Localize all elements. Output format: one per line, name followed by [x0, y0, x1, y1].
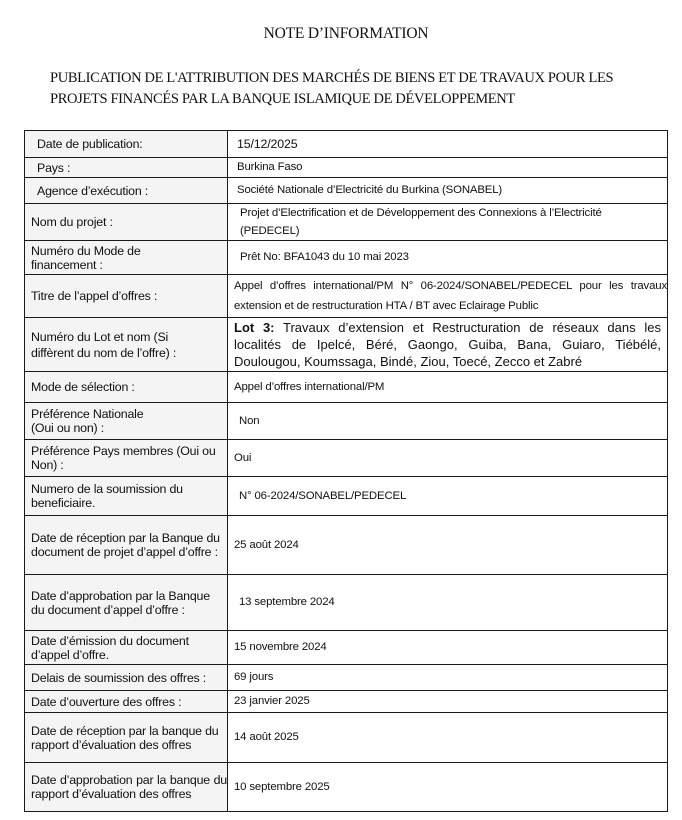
row-label: Delais de soumission des offres :	[25, 665, 228, 691]
row-label: Mode de sélection :	[25, 372, 228, 403]
table-row-date-ouverture: Date d’ouverture des offres : 23 janvier…	[25, 691, 668, 713]
row-value: 15 novembre 2024	[228, 631, 668, 665]
row-label: Préférence Nationale (Oui ou non) :	[25, 403, 228, 440]
row-value: 13 septembre 2024	[228, 575, 668, 631]
row-value: Oui	[228, 440, 668, 477]
table-row-agence: Agence d’exécution : Société Nationale d…	[25, 178, 668, 204]
row-value: Projet d’Electrification et de Développe…	[228, 204, 668, 241]
table-row-nom-projet: Nom du projet : Projet d’Electrification…	[25, 204, 668, 241]
row-value: 25 août 2024	[228, 516, 668, 575]
row-value: 15/12/2025	[228, 131, 668, 158]
row-label: Préférence Pays membres (Oui ou Non) :	[25, 440, 228, 477]
row-label: Date d’approbation par la Banque du docu…	[25, 575, 228, 631]
table-row-titre-appel: Titre de l’appel d’offres : Appel d’offr…	[25, 275, 668, 318]
row-label: Nom du projet :	[25, 204, 228, 241]
table-row-date-emission: Date d’émission du document d’appel d’of…	[25, 631, 668, 665]
row-label: Date d’ouverture des offres :	[25, 691, 228, 713]
table-row-date-approbation-rapport: Date d’approbation par la banque du rapp…	[25, 763, 668, 812]
row-value: Non	[228, 403, 668, 440]
row-label: Date d’approbation par la banque du rapp…	[25, 763, 228, 812]
row-value: Prêt No: BFA1043 du 10 mai 2023	[228, 241, 668, 275]
row-label: Numéro du Mode de financement :	[25, 241, 228, 275]
row-value: 14 août 2025	[228, 713, 668, 763]
table-row-date-reception-document: Date de réception par la Banque du docum…	[25, 516, 668, 575]
table-row-mode-financement: Numéro du Mode de financement : Prêt No:…	[25, 241, 668, 275]
table-row-date-reception-rapport: Date de réception par la banque du rappo…	[25, 713, 668, 763]
document-subtitle: PUBLICATION DE L'ATTRIBUTION DES MARCHÉS…	[50, 68, 670, 110]
table-row-mode-selection: Mode de sélection : Appel d’offres inter…	[25, 372, 668, 403]
table-row-date-approbation-document: Date d’approbation par la Banque du docu…	[25, 575, 668, 631]
row-value: 10 septembre 2025	[228, 763, 668, 812]
information-table: Date de publication: 15/12/2025 Pays : B…	[24, 130, 668, 812]
row-value: Lot 3: Travaux d’extension et Restructur…	[228, 318, 668, 372]
row-label: Date de réception par la Banque du docum…	[25, 516, 228, 575]
table-row-pays: Pays : Burkina Faso	[25, 158, 668, 178]
row-label: Titre de l’appel d’offres :	[25, 275, 228, 318]
row-value: Société Nationale d’Electricité du Burki…	[228, 178, 668, 204]
row-label: Date de publication:	[25, 131, 228, 158]
row-label: Numéro du Lot et nom (Si diffèrent du no…	[25, 318, 228, 372]
row-value: 23 janvier 2025	[228, 691, 668, 713]
row-value: Appel d’offres international/PM	[228, 372, 668, 403]
table-row-lot: Numéro du Lot et nom (Si diffèrent du no…	[25, 318, 668, 372]
row-label: Pays :	[25, 158, 228, 178]
row-value: Appel d’offres international/PM N° 06-20…	[228, 275, 668, 318]
lot-description: Travaux d’extension et Restructuration d…	[234, 320, 661, 369]
table-row-preference-nationale: Préférence Nationale (Oui ou non) : Non	[25, 403, 668, 440]
table-row-preference-pays: Préférence Pays membres (Oui ou Non) : O…	[25, 440, 668, 477]
row-label: Agence d’exécution :	[25, 178, 228, 204]
table-row-date-publication: Date de publication: 15/12/2025	[25, 131, 668, 158]
document-title: NOTE D’INFORMATION	[0, 25, 682, 43]
row-value: 69 jours	[228, 665, 668, 691]
row-value: Burkina Faso	[228, 158, 668, 178]
table-row-delais-soumission: Delais de soumission des offres : 69 jou…	[25, 665, 668, 691]
row-label: Numero de la soumission du beneficiaire.	[25, 477, 228, 516]
row-value: N° 06-2024/SONABEL/PEDECEL	[228, 477, 668, 516]
row-label: Date d’émission du document d’appel d’of…	[25, 631, 228, 665]
lot-number: Lot 3:	[234, 320, 275, 335]
table-row-numero-soumission: Numero de la soumission du beneficiaire.…	[25, 477, 668, 516]
row-label: Date de réception par la banque du rappo…	[25, 713, 228, 763]
